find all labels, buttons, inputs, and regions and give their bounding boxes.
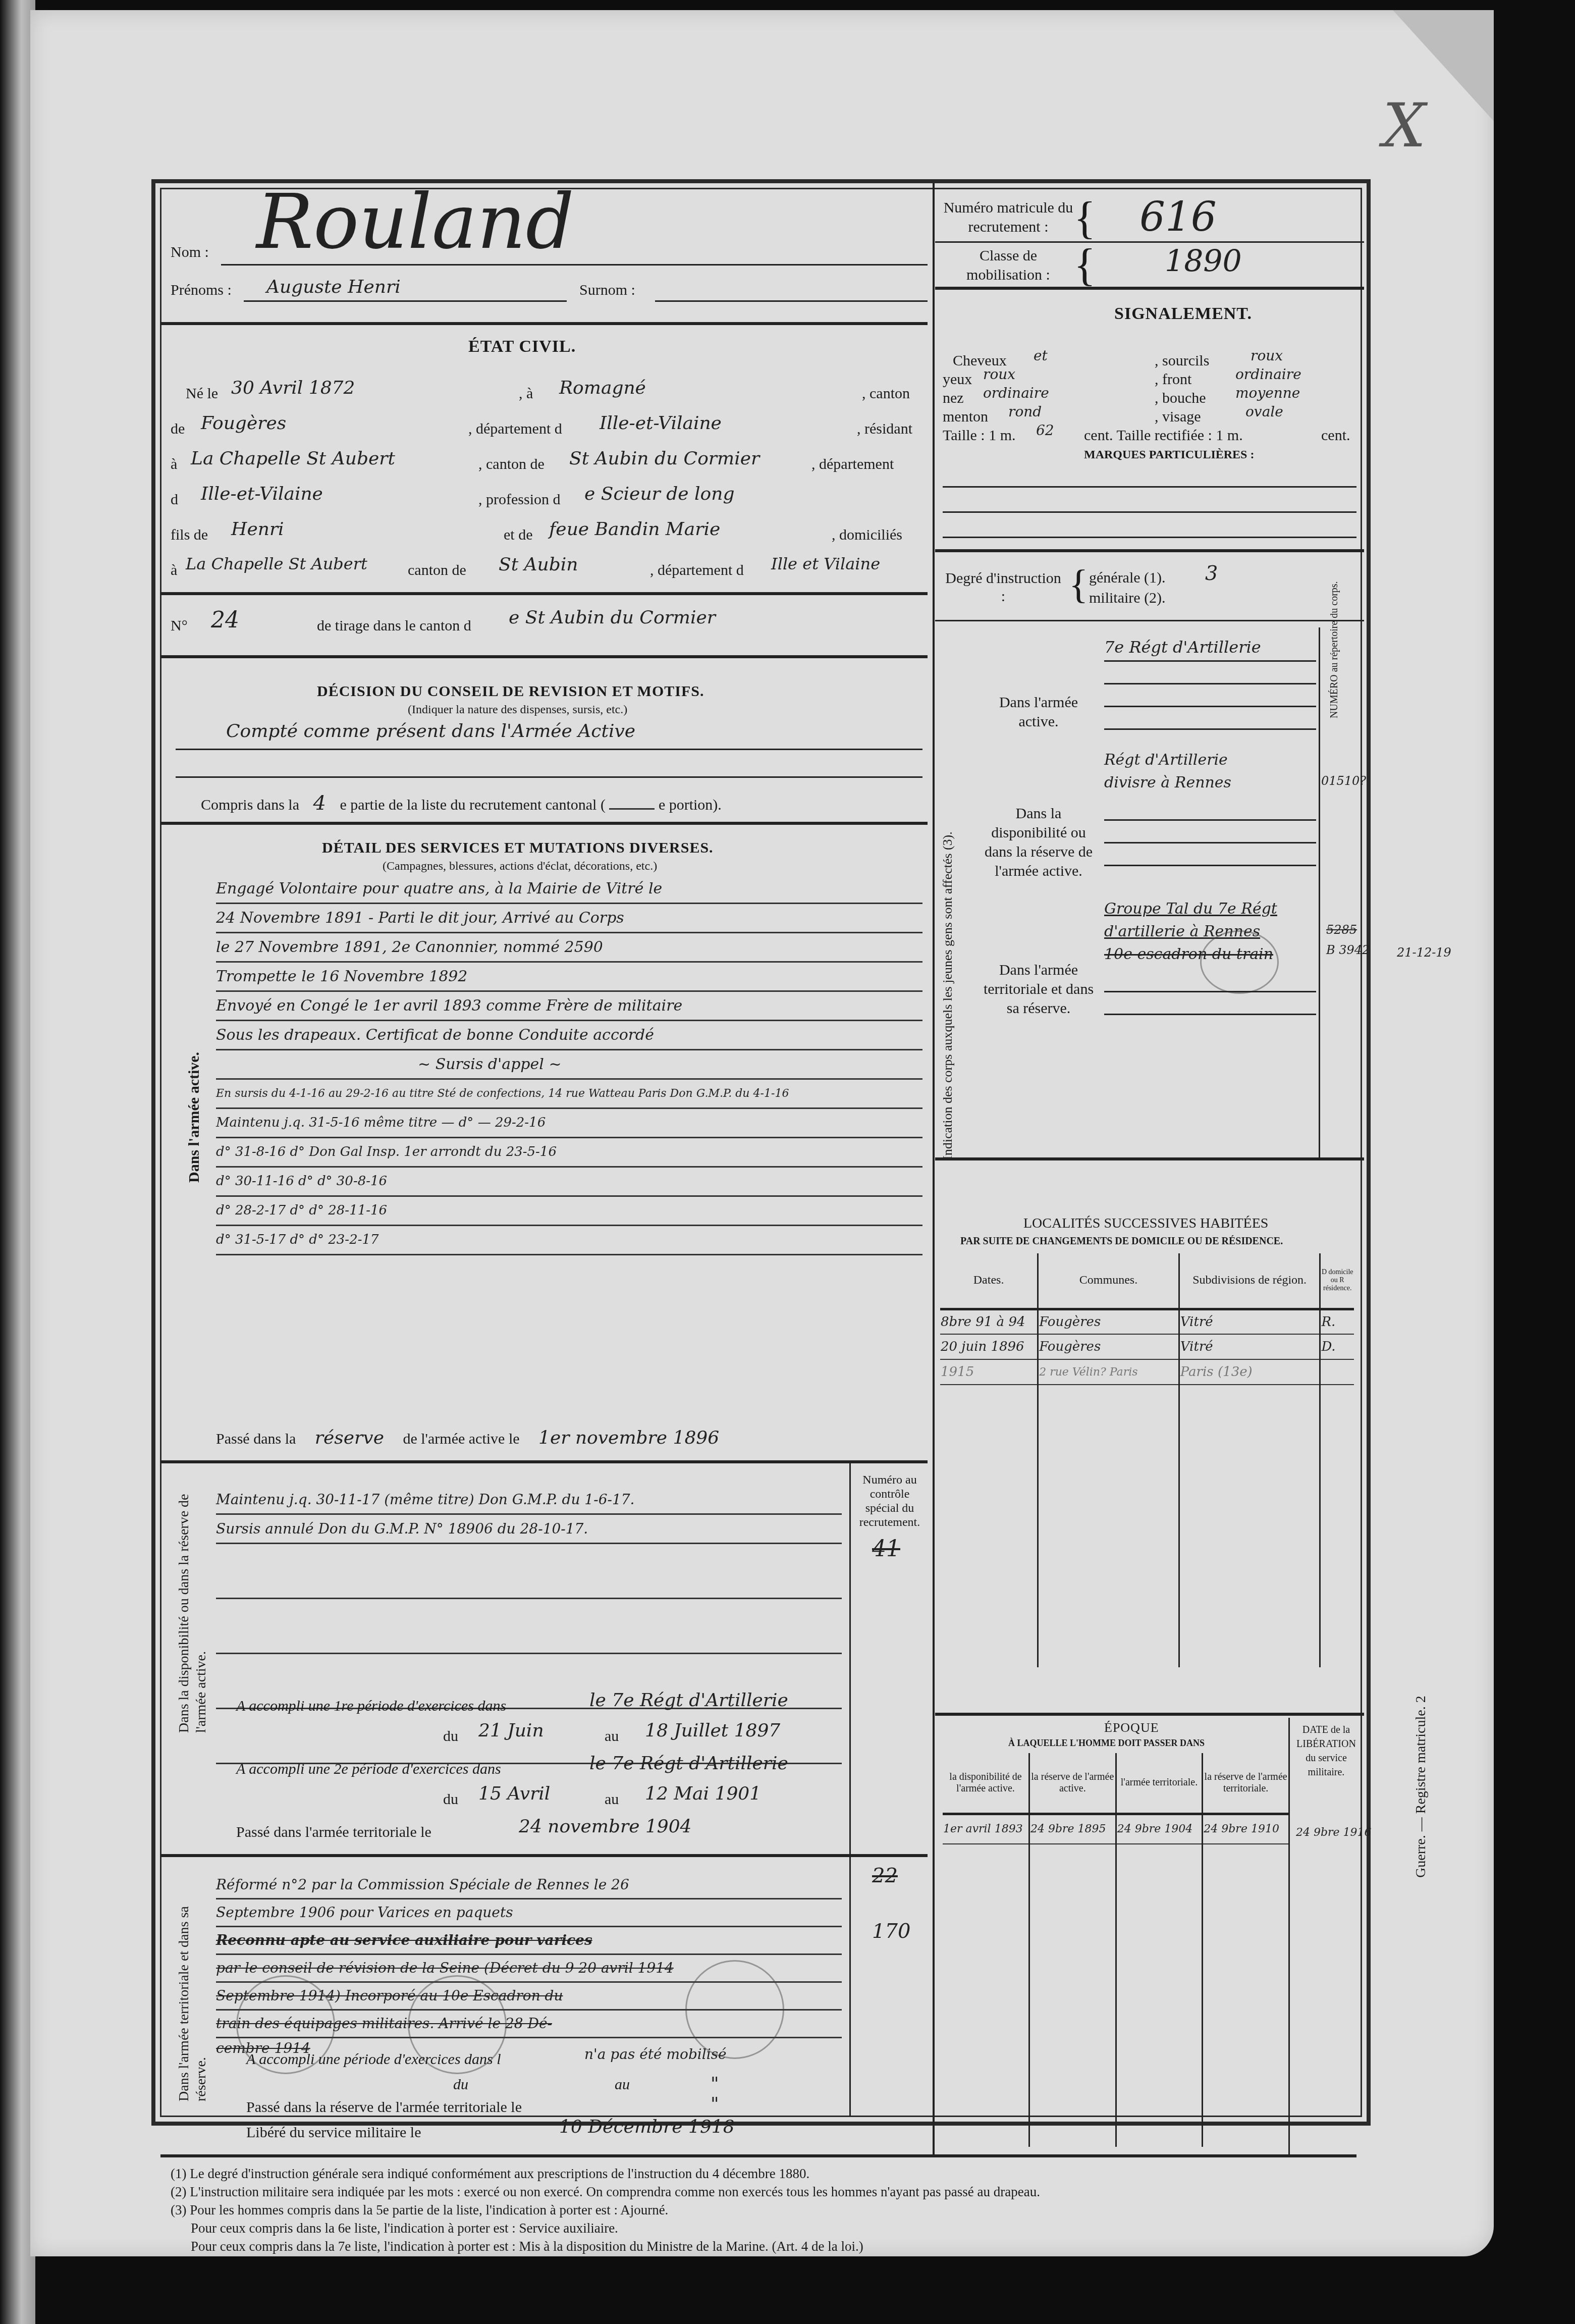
territoriale-periode-label: A accompli une période d'exercices dans … [246, 2051, 501, 2068]
localite-row: 8bre 91 à 94 Fougères Vitré R. [940, 1309, 1354, 1334]
birth-place: Romagné [559, 378, 646, 398]
instruction-militaire-label: militaire (2). [1089, 590, 1166, 607]
corps-line [1104, 865, 1316, 866]
service-line: d° 28-2-17 d° d° 28-11-16 [216, 1197, 922, 1226]
territoriale-passe-date: 24 novembre 1904 [519, 1816, 692, 1837]
partie-value: 4 [313, 791, 326, 815]
footnote: Pour ceux compris dans la 6e liste, l'in… [171, 2219, 1331, 2237]
birth-departement: Ille-et-Vilaine [600, 413, 722, 434]
divider [935, 549, 1364, 552]
territoriale-line-struck: Reconnu apte au service auxiliaire pour … [216, 1927, 842, 1955]
service-line: En sursis du 4-1-16 au 29-2-16 au titre … [216, 1080, 922, 1109]
marques-line [943, 537, 1356, 538]
footnote: (2) L'instruction militaire sera indiqué… [171, 2183, 1331, 2201]
bouche-label: , bouche [1155, 390, 1206, 407]
periode1-au: 18 Juillet 1897 [645, 1720, 780, 1741]
canton-de-label: de [171, 420, 185, 438]
corps-territoriale-line: Groupe Tal du 7e Régt [1104, 900, 1277, 918]
passe-label-2: de l'armée active le [403, 1431, 519, 1447]
empty-line [216, 1599, 842, 1654]
localite-subdivision: Vitré [1179, 1309, 1320, 1334]
reserve-territoriale-label: Passé dans la réserve de l'armée territo… [246, 2099, 522, 2116]
page-fold-corner [1393, 10, 1494, 121]
nez-value: ordinaire [983, 385, 1049, 401]
liberation-value: 24 9bre 1916 [1296, 1826, 1372, 1839]
compris-text-3: e portion). [659, 797, 722, 813]
printer-note: Guerre. — Registre matricule. 2 [1413, 1696, 1429, 1878]
menton-label: menton [943, 408, 988, 426]
matricule-label: Numéro matricule du recrutement : [943, 198, 1074, 237]
cheveux-value: et [1034, 347, 1048, 364]
divider [160, 2154, 1356, 2157]
domicile: La Chapelle St Aubert [186, 554, 367, 573]
numero-repertoire-divider [1319, 627, 1320, 1157]
profession: e Scieur de long [584, 484, 734, 504]
service-line: d° 31-5-17 d° d° 23-2-17 [216, 1226, 922, 1255]
passe-value: réserve [315, 1428, 384, 1448]
territoriale-side-label: Dans l'armée territoriale et dans sa rés… [176, 1869, 210, 2101]
service-line: Engagé Volontaire pour quatre ans, à la … [216, 875, 922, 904]
column-divider [933, 183, 935, 2154]
disponibilite-line: Maintenu j.q. 30-11-17 (même titre) Don … [216, 1486, 842, 1515]
territoriale-numero: 22 [872, 1864, 898, 1887]
service-line: Sous les drapeaux. Certificat de bonne C… [216, 1021, 922, 1050]
localite-dr: R. [1320, 1309, 1354, 1334]
divider [160, 822, 928, 825]
corps-territoriale-numero: 21-12-19 [1397, 945, 1451, 960]
col-header-dates: Dates. [940, 1253, 1038, 1309]
reserve-territoriale-value: " [711, 2094, 719, 2115]
localites-title: LOCALITÉS SUCCESSIVES HABITÉES [1023, 1216, 1268, 1232]
divider [935, 620, 1364, 621]
postal-stamp [685, 1960, 784, 2059]
periode1-label: A accompli une 1re période d'exercices d… [236, 1698, 506, 1715]
birth-canton: Fougères [201, 413, 286, 434]
numero-repertoire-label: NUMÉRO au répertoire du corps. [1329, 581, 1340, 718]
epoque-territoriale: 24 9bre 1904 [1116, 1814, 1203, 1844]
localite-row-empty [940, 1385, 1354, 1667]
services-title: DÉTAIL DES SERVICES ET MUTATIONS DIVERSE… [322, 839, 714, 857]
fils-de-label: fils de [171, 526, 208, 544]
decision-subtitle: (Indiquer la nature des dispenses, sursi… [408, 703, 627, 717]
passe-date: 1er novembre 1896 [538, 1428, 719, 1448]
localite-subdivision: Vitré [1179, 1334, 1320, 1359]
periode1-du: 21 Juin [478, 1720, 544, 1741]
corps-line [1104, 991, 1316, 992]
divider [160, 1460, 928, 1463]
numero-col-divider [849, 1460, 851, 1854]
territoriale-passe-label: Passé dans l'armée territoriale le [236, 1824, 431, 1841]
sourcils-value: roux [1251, 347, 1283, 364]
corps-line [1104, 842, 1316, 843]
periode1-value: le 7e Régt d'Artillerie [589, 1690, 788, 1711]
domicile-departement: Ille et Vilaine [771, 554, 880, 573]
visage-label: , visage [1155, 408, 1201, 426]
decision-title: DÉCISION DU CONSEIL DE REVISION ET MOTIF… [317, 683, 704, 700]
localite-date: 20 juin 1896 [940, 1334, 1038, 1359]
brace-icon: { [1074, 196, 1096, 241]
territoriale-line: Réformé n°2 par la Commission Spéciale d… [216, 1872, 842, 1899]
localite-commune: Fougères [1038, 1309, 1179, 1334]
epoque-col-header: la réserve de l'armée active. [1029, 1753, 1116, 1814]
taille-rectifiee-label: cent. Taille rectifiée : 1 m. [1084, 427, 1243, 444]
territoriale-numero: 170 [872, 1920, 910, 1943]
periode2-du-label: du [443, 1791, 458, 1808]
epoque-col-header: l'armée territoriale. [1116, 1753, 1203, 1814]
tirage-no-label: N° [171, 617, 188, 635]
corps-active-label: Dans l'armée active. [983, 693, 1094, 731]
corps-line [1104, 1014, 1316, 1015]
passe-reserve-row: Passé dans la réserve de l'armée active … [216, 1428, 719, 1448]
instruction-label: Degré d'instruction : [943, 569, 1064, 606]
divider [160, 592, 928, 595]
libere-value: 10 Décembre 1918 [559, 2117, 735, 2137]
marques-line [943, 511, 1356, 513]
sourcils-label: , sourcils [1155, 352, 1209, 369]
taille-label: Taille : 1 m. [943, 427, 1016, 444]
tirage-canton: e St Aubin du Cormier [509, 607, 716, 628]
cent-label: cent. [1321, 427, 1350, 444]
ne-le-label: Né le [186, 385, 218, 402]
numero-controle-header: Numéro au contrôle spécial du recrutemen… [854, 1473, 925, 1529]
residence-canton-label: , canton de [478, 456, 545, 473]
signalement-title: SIGNALEMENT. [1114, 304, 1252, 324]
service-line: d° 30-11-16 d° d° 30-8-16 [216, 1168, 922, 1197]
surnom-line [655, 300, 928, 302]
localite-subdivision: Paris (13e) [1179, 1359, 1320, 1385]
divider [935, 287, 1364, 290]
periode2-au: 12 Mai 1901 [645, 1783, 761, 1804]
residence-departement: Ille-et-Vilaine [201, 484, 323, 504]
corps-territoriale-label: Dans l'armée territoriale et dans sa rés… [983, 961, 1094, 1018]
marques-title: MARQUES PARTICULIÈRES : [1084, 448, 1254, 462]
domicile-canton-label: canton de [408, 562, 466, 579]
territoriale-du-label: du [453, 2076, 468, 2093]
localites-subtitle: PAR SUITE DE CHANGEMENTS DE DOMICILE OU … [960, 1236, 1283, 1247]
compris-label: Compris dans la 4 e partie de la liste d… [201, 791, 722, 815]
tirage-number: 24 [211, 607, 239, 633]
corps-side-label: Indication des corps auxquels les jeunes… [940, 831, 955, 1160]
decision-value: Compté comme présent dans l'Armée Active [226, 721, 635, 742]
prenoms-line [244, 300, 567, 302]
birth-date: 30 Avril 1872 [231, 378, 355, 398]
services-side-label: Dans l'armée active. [186, 1052, 203, 1183]
compris-text-2: e partie de la liste du recrutement cant… [340, 797, 605, 813]
localite-date: 1915 [940, 1359, 1038, 1385]
territoriale-au-label: au [615, 2076, 630, 2093]
taille-value: 62 [1036, 422, 1054, 439]
epoque-reserve-active: 24 9bre 1895 [1029, 1814, 1116, 1844]
territoriale-line: Septembre 1906 pour Varices en paquets [216, 1899, 842, 1927]
corps-territoriale-numero: B 3942 [1326, 943, 1370, 957]
periode2-du: 15 Avril [478, 1783, 550, 1804]
surnom-label: Surnom : [579, 282, 635, 299]
menton-value: rond [1008, 403, 1042, 420]
decision-line [176, 776, 922, 778]
divider [160, 1854, 928, 1857]
epoque-col-divider [1288, 1718, 1290, 2154]
nom-label: Nom : [171, 244, 209, 261]
yeux-value: roux [983, 366, 1015, 383]
residence: La Chapelle St Aubert [191, 448, 395, 469]
epoque-col-header: la réserve de l'armée territoriale. [1203, 1753, 1288, 1814]
marques-line [943, 486, 1356, 488]
footnotes: (1) Le degré d'instruction générale sera… [171, 2164, 1331, 2255]
etat-civil-title: ÉTAT CIVIL. [468, 337, 576, 356]
epoque-row: 1er avril 1893 24 9bre 1895 24 9bre 1904… [943, 1814, 1288, 1844]
departement-label: , département d [468, 420, 562, 438]
mother-name: feue Bandin Marie [549, 519, 720, 540]
divider [160, 655, 928, 658]
visage-value: ovale [1245, 403, 1283, 420]
territoriale-au-value: " [711, 2074, 719, 2094]
postal-stamp [1200, 930, 1279, 994]
classe-value: 1890 [1165, 244, 1242, 279]
footnote: (3) Pour les hommes compris dans la 5e p… [171, 2201, 1331, 2219]
residant-label: , résidant [857, 420, 912, 438]
col-header-dr: D domicile ou R résidence. [1320, 1253, 1354, 1309]
residence-a-label: à [171, 456, 177, 473]
portion-value [609, 808, 655, 810]
localite-date: 8bre 91 à 94 [940, 1309, 1038, 1334]
periode1-du-label: du [443, 1728, 458, 1745]
service-line: Maintenu j.q. 31-5-16 même titre — d° — … [216, 1109, 922, 1138]
brace-icon: { [1074, 243, 1096, 288]
domicilies-label: , domiciliés [832, 526, 902, 544]
bouche-value: moyenne [1235, 385, 1300, 401]
instruction-generale-label: générale (1). [1089, 569, 1166, 587]
empty-line [216, 1544, 842, 1599]
localite-commune: Fougères [1038, 1334, 1179, 1359]
libere-label: Libéré du service militaire le [246, 2124, 421, 2141]
corps-line [1104, 706, 1316, 707]
brace-icon: { [1069, 564, 1088, 605]
liberation-header: DATE de la LIBÉRATION du service militai… [1296, 1723, 1356, 1779]
classe-label: Classe de mobilisation : [943, 246, 1074, 285]
services-subtitle: (Campagnes, blessures, actions d'éclat, … [383, 860, 657, 873]
epoque-col-header: la disponibilité de l'armée active. [943, 1753, 1029, 1814]
corps-active-value: 7e Régt d'Artillerie [1104, 638, 1261, 657]
front-label: , front [1155, 371, 1191, 388]
et-de-label: et de [504, 526, 532, 544]
epoque-subtitle: À LAQUELLE L'HOMME DOIT PASSER DANS [1008, 1738, 1205, 1749]
corps-line [1104, 683, 1316, 684]
corps-territoriale-numero: 5285 [1326, 923, 1357, 937]
prenoms-value: Auguste Henri [266, 277, 401, 297]
corps-line [1104, 819, 1316, 821]
nom-value: Rouland [256, 178, 574, 266]
epoque-table: la disponibilité de l'armée active. la r… [943, 1753, 1288, 2147]
numero-controle-value: 41 [872, 1536, 900, 1562]
divider [935, 1157, 1364, 1160]
disponibilite-side-label: Dans la disponibilité ou dans la réserve… [176, 1481, 210, 1733]
corps-disponibilite-line: Régt d'Artillerie [1104, 751, 1228, 769]
tirage-canton-label: de tirage dans le canton d [317, 617, 471, 635]
numero-col-divider [849, 1854, 851, 2117]
matricule-form: Nom : Rouland Prénoms : Auguste Henri Su… [151, 179, 1371, 2126]
footnote: (1) Le degré d'instruction générale sera… [171, 2164, 1331, 2183]
yeux-label: yeux [943, 371, 972, 388]
localite-dr: D. [1320, 1334, 1354, 1359]
instruction-generale-value: 3 [1205, 562, 1218, 585]
localite-row: 20 juin 1896 Fougères Vitré D. [940, 1334, 1354, 1359]
periode1-au-label: au [605, 1728, 619, 1745]
epoque-title: ÉPOQUE [1104, 1720, 1159, 1735]
disponibilite-line: Sursis annulé Don du G.M.P. N° 18906 du … [216, 1515, 842, 1544]
canton-label: , canton [862, 385, 910, 402]
localite-dr [1320, 1359, 1354, 1385]
profession-label: , profession d [478, 491, 560, 508]
matricule-value: 616 [1139, 193, 1217, 240]
front-value: ordinaire [1235, 366, 1301, 383]
corps-line [1104, 660, 1316, 662]
epoque-reserve-territoriale: 24 9bre 1910 [1203, 1814, 1288, 1844]
corps-disponibilite-numero: 01510? [1321, 774, 1366, 788]
service-line: le 27 Novembre 1891, 2e Canonnier, nommé… [216, 933, 922, 963]
localite-row: 1915 2 rue Vélin? Paris Paris (13e) [940, 1359, 1354, 1385]
corps-line [1104, 728, 1316, 730]
divider [935, 241, 1364, 243]
residence-departement-label: , département [811, 456, 894, 473]
service-line: 24 Novembre 1891 - Parti le dit jour, Ar… [216, 904, 922, 933]
periode2-au-label: au [605, 1791, 619, 1808]
epoque-disponibilite: 1er avril 1893 [943, 1814, 1029, 1844]
footnote: Pour ceux compris dans la 7e liste, l'in… [171, 2237, 1331, 2255]
divider [160, 322, 928, 325]
passe-label-1: Passé dans la [216, 1431, 296, 1447]
nez-label: nez [943, 390, 964, 407]
residence-canton: St Aubin du Cormier [569, 448, 759, 469]
territoriale-periode-value: n'a pas été mobilisé [584, 2046, 727, 2063]
divider [935, 1713, 1364, 1716]
a-label: , à [519, 385, 533, 402]
decision-line [176, 749, 922, 750]
domicile-a-label: à [171, 562, 177, 579]
service-line: Trompette le 16 Novembre 1892 [216, 963, 922, 992]
service-line: d° 31-8-16 d° Don Gal Insp. 1er arrondt … [216, 1138, 922, 1168]
service-line: ~ Sursis d'appel ~ [216, 1050, 922, 1080]
localites-table: Dates. Communes. Subdivisions de région.… [940, 1253, 1354, 1667]
col-header-subdivisions: Subdivisions de région. [1179, 1253, 1320, 1309]
domicile-canton: St Aubin [499, 554, 578, 575]
corps-disponibilite-label: Dans la disponibilité ou dans la réserve… [983, 804, 1094, 881]
col-header-communes: Communes. [1038, 1253, 1179, 1309]
corps-disponibilite-line: divisre à Rennes [1104, 774, 1231, 791]
periode2-label: A accompli une 2e période d'exercices da… [236, 1761, 501, 1778]
periode2-value: le 7e Régt d'Artillerie [589, 1753, 788, 1774]
service-line: Envoyé en Congé le 1er avril 1893 comme … [216, 992, 922, 1021]
services-lines: Engagé Volontaire pour quatre ans, à la … [216, 875, 922, 1255]
localite-commune: 2 rue Vélin? Paris [1038, 1359, 1179, 1385]
domicile-departement-label: , département d [650, 562, 744, 579]
residence-departement-prefix: d [171, 491, 178, 508]
father-name: Henri [231, 519, 284, 540]
prenoms-label: Prénoms : [171, 282, 232, 299]
compris-text-1: Compris dans la [201, 797, 299, 813]
